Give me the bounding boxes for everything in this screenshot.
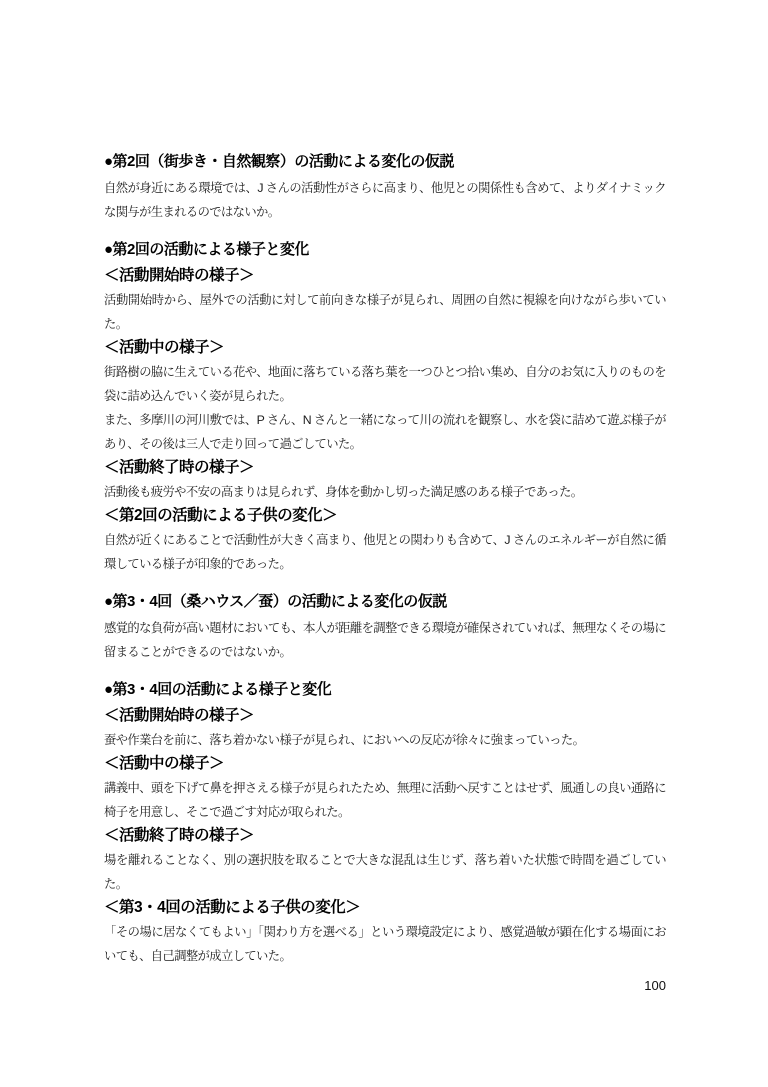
paragraph: 場を離れることなく、別の選択肢を取ることで大きな混乱は生じず、落ち着いた状態で時… [104,848,666,896]
paragraph: 街路樹の脇に生えている花や、地面に落ちている落ち葉を一つひとつ拾い集め、自分のお… [104,360,666,408]
document-content: ●第2回（街歩き・自然観察）の活動による変化の仮説 自然が身近にある環境では、J… [104,150,666,968]
subsection-heading-activity-start: ＜活動開始時の様子＞ [104,264,666,288]
paragraph: 自然が身近にある環境では、J さんの活動性がさらに高まり、他児との関係性も含めて… [104,176,666,224]
paragraph: 蚕や作業台を前に、落ち着かない様子が見られ、においへの反応が徐々に強まっていった… [104,728,666,752]
section-heading-round2-observation: ●第2回の活動による様子と変化 [104,238,666,262]
page-number: 100 [104,978,666,993]
paragraph: 「その場に居なくてもよい」「関わり方を選べる」という環境設定により、感覚過敏が顕… [104,920,666,968]
section-heading-round34-observation: ●第3・4回の活動による様子と変化 [104,678,666,702]
subsection-heading-activity-during: ＜活動中の様子＞ [104,336,666,360]
paragraph: 感覚的な負荷が高い題材においても、本人が距離を調整できる環境が確保されていれば、… [104,616,666,664]
subsection-heading-activity-end: ＜活動終了時の様子＞ [104,456,666,480]
section-heading-round2-hypothesis: ●第2回（街歩き・自然観察）の活動による変化の仮説 [104,150,666,174]
paragraph: 自然が近くにあることで活動性が大きく高まり、他児との関わりも含めて、J さんのエ… [104,528,666,576]
section-heading-round34-hypothesis: ●第3・4回（桑ハウス／蚕）の活動による変化の仮説 [104,590,666,614]
paragraph: 活動後も疲労や不安の高まりは見られず、身体を動かし切った満足感のある様子であった… [104,480,666,504]
document-page: ●第2回（街歩き・自然観察）の活動による変化の仮説 自然が身近にある環境では、J… [0,0,768,1087]
subsection-heading-round34-change: ＜第3・4回の活動による子供の変化＞ [104,896,666,920]
paragraph: 講義中、頭を下げて鼻を押さえる様子が見られたため、無理に活動へ戻すことはせず、風… [104,776,666,824]
subsection-heading-round2-change: ＜第2回の活動による子供の変化＞ [104,504,666,528]
subsection-heading-activity-start: ＜活動開始時の様子＞ [104,704,666,728]
paragraph: また、多摩川の河川敷では、P さん、N さんと一緒になって川の流れを観察し、水を… [104,408,666,456]
paragraph: 活動開始時から、屋外での活動に対して前向きな様子が見られ、周囲の自然に視線を向け… [104,288,666,336]
subsection-heading-activity-during: ＜活動中の様子＞ [104,752,666,776]
subsection-heading-activity-end: ＜活動終了時の様子＞ [104,824,666,848]
